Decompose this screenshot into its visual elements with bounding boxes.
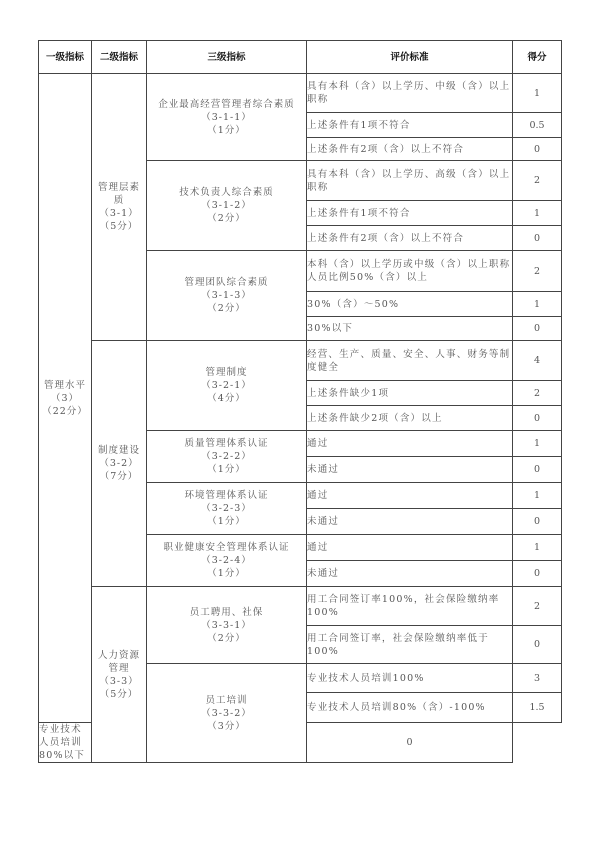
score-cell: 0 <box>513 561 562 587</box>
level2-name: 人力资源 <box>92 649 146 662</box>
level3-points: （1分） <box>147 515 306 528</box>
criteria-cell: 上述条件有2项（含）以上不符合 <box>307 138 513 161</box>
level1-points: （22分） <box>39 405 91 418</box>
score-cell: 3 <box>513 664 562 693</box>
score-cell: 0 <box>513 138 562 161</box>
header-level1: 一级指标 <box>39 41 92 74</box>
level3-name: 管理团队综合素质 <box>147 276 306 289</box>
criteria-cell: 上述条件有2项（含）以上不符合 <box>307 226 513 251</box>
criteria-cell: 上述条件有1项不符合 <box>307 201 513 226</box>
level3-code: （3-1-3） <box>147 289 306 302</box>
level2-cell-system: 制度建设 （3-2） （7分） <box>92 341 147 587</box>
level3-points: （1分） <box>147 124 306 137</box>
criteria-cell: 专业技术人员培训80%（含）-100% <box>307 693 513 723</box>
header-level3: 三级指标 <box>147 41 307 74</box>
score-cell: 0 <box>513 509 562 535</box>
level2-code: （3-1） <box>92 207 146 220</box>
criteria-cell: 通过 <box>307 535 513 561</box>
criteria-cell: 通过 <box>307 483 513 509</box>
level3-name: 技术负责人综合素质 <box>147 186 306 199</box>
score-cell: 0 <box>307 723 513 763</box>
level3-code: （3-2-2） <box>147 450 306 463</box>
criteria-cell: 专业技术人员培训100% <box>307 664 513 693</box>
criteria-cell: 具有本科（含）以上学历、高级（含）以上职称 <box>307 161 513 201</box>
score-cell: 1 <box>513 201 562 226</box>
score-cell: 0.5 <box>513 113 562 138</box>
criteria-cell: 30%（含）～50% <box>307 292 513 317</box>
criteria-cell: 未通过 <box>307 509 513 535</box>
level3-points: （2分） <box>147 212 306 225</box>
level3-points: （1分） <box>147 567 306 580</box>
level3-cell: 企业最高经营管理者综合素质 （3-1-1） （1分） <box>147 74 307 161</box>
criteria-cell: 通过 <box>307 431 513 457</box>
level3-points: （4分） <box>147 392 306 405</box>
criteria-cell: 专业技术人员培训80%以下 <box>39 723 92 763</box>
score-cell: 0 <box>513 406 562 431</box>
level3-code: （3-2-3） <box>147 502 306 515</box>
level3-code: （3-1-2） <box>147 199 306 212</box>
level2-points: （7分） <box>92 470 146 483</box>
level3-cell: 技术负责人综合素质 （3-1-2） （2分） <box>147 161 307 251</box>
level2-name: 管理层素 <box>92 181 146 194</box>
table-row: 管理水平 （3） （22分） 管理层素 质 （3-1） （5分） 企业最高经营管… <box>39 74 562 113</box>
criteria-cell: 未通过 <box>307 457 513 483</box>
level1-name: 管理水平 <box>39 379 91 392</box>
level2-points: （5分） <box>92 220 146 233</box>
score-cell: 1 <box>513 74 562 113</box>
level3-cell: 员工聘用、社保 （3-3-1） （2分） <box>147 587 307 664</box>
level3-points: （2分） <box>147 632 306 645</box>
score-cell: 0 <box>513 457 562 483</box>
level3-points: （2分） <box>147 302 306 315</box>
score-cell: 1 <box>513 483 562 509</box>
level3-name: 质量管理体系认证 <box>147 437 306 450</box>
criteria-cell: 上述条件缺少1项 <box>307 381 513 406</box>
header-row: 一级指标 二级指标 三级指标 评价标准 得分 <box>39 41 562 74</box>
score-cell: 4 <box>513 341 562 381</box>
level3-code: （3-2-4） <box>147 554 306 567</box>
level1-code: （3） <box>39 392 91 405</box>
level3-name: 企业最高经营管理者综合素质 <box>147 98 306 111</box>
score-cell: 1 <box>513 292 562 317</box>
criteria-cell: 未通过 <box>307 561 513 587</box>
score-cell: 0 <box>513 226 562 251</box>
score-cell: 0 <box>513 317 562 341</box>
score-cell: 2 <box>513 161 562 201</box>
score-cell: 2 <box>513 251 562 292</box>
score-cell: 1 <box>513 535 562 561</box>
level3-name: 职业健康安全管理体系认证 <box>147 541 306 554</box>
criteria-cell: 用工合同签订率，社会保险缴纳率低于100% <box>307 626 513 664</box>
level3-points: （1分） <box>147 463 306 476</box>
level2-code: （3-2） <box>92 457 146 470</box>
header-criteria: 评价标准 <box>307 41 513 74</box>
criteria-cell: 具有本科（含）以上学历、中级（含）以上职称 <box>307 74 513 113</box>
level2-points: （5分） <box>92 688 146 701</box>
criteria-cell: 30%以下 <box>307 317 513 341</box>
score-cell: 1 <box>513 431 562 457</box>
criteria-cell: 用工合同签订率100%，社会保险缴纳率100% <box>307 587 513 626</box>
criteria-cell: 上述条件缺少2项（含）以上 <box>307 406 513 431</box>
level2-cell-hr: 人力资源 管理 （3-3） （5分） <box>92 587 147 763</box>
level3-cell: 职业健康安全管理体系认证 （3-2-4） （1分） <box>147 535 307 587</box>
level3-name: 环境管理体系认证 <box>147 489 306 502</box>
level2-name-cont: 质 <box>92 194 146 207</box>
score-cell: 2 <box>513 381 562 406</box>
level2-code: （3-3） <box>92 675 146 688</box>
criteria-cell: 经营、生产、质量、安全、人事、财务等制度健全 <box>307 341 513 381</box>
level3-cell: 环境管理体系认证 （3-2-3） （1分） <box>147 483 307 535</box>
header-score: 得分 <box>513 41 562 74</box>
level3-cell: 质量管理体系认证 （3-2-2） （1分） <box>147 431 307 483</box>
level3-name: 员工聘用、社保 <box>147 606 306 619</box>
criteria-cell: 上述条件有1项不符合 <box>307 113 513 138</box>
table-row: 制度建设 （3-2） （7分） 管理制度 （3-2-1） （4分） 经营、生产、… <box>39 341 562 381</box>
level2-name: 制度建设 <box>92 444 146 457</box>
level3-code: （3-1-1） <box>147 111 306 124</box>
table-row: 人力资源 管理 （3-3） （5分） 员工聘用、社保 （3-3-1） （2分） … <box>39 587 562 626</box>
level2-name-cont: 管理 <box>92 662 146 675</box>
level3-cell: 管理制度 （3-2-1） （4分） <box>147 341 307 431</box>
level3-cell: 员工培训 （3-3-2） （3分） <box>147 664 307 763</box>
score-cell: 2 <box>513 587 562 626</box>
score-cell: 1.5 <box>513 693 562 723</box>
level1-cell: 管理水平 （3） （22分） <box>39 74 92 723</box>
evaluation-table: 一级指标 二级指标 三级指标 评价标准 得分 管理水平 （3） （22分） 管理… <box>38 40 562 763</box>
level3-cell: 管理团队综合素质 （3-1-3） （2分） <box>147 251 307 341</box>
level3-name: 管理制度 <box>147 366 306 379</box>
level3-code: （3-3-1） <box>147 619 306 632</box>
level3-code: （3-3-2） <box>147 707 306 720</box>
level2-cell-management: 管理层素 质 （3-1） （5分） <box>92 74 147 341</box>
criteria-cell: 本科（含）以上学历或中级（含）以上职称人员比例50%（含）以上 <box>307 251 513 292</box>
header-level2: 二级指标 <box>92 41 147 74</box>
level3-code: （3-2-1） <box>147 379 306 392</box>
level3-points: （3分） <box>147 720 306 733</box>
score-cell: 0 <box>513 626 562 664</box>
level3-name: 员工培训 <box>147 694 306 707</box>
